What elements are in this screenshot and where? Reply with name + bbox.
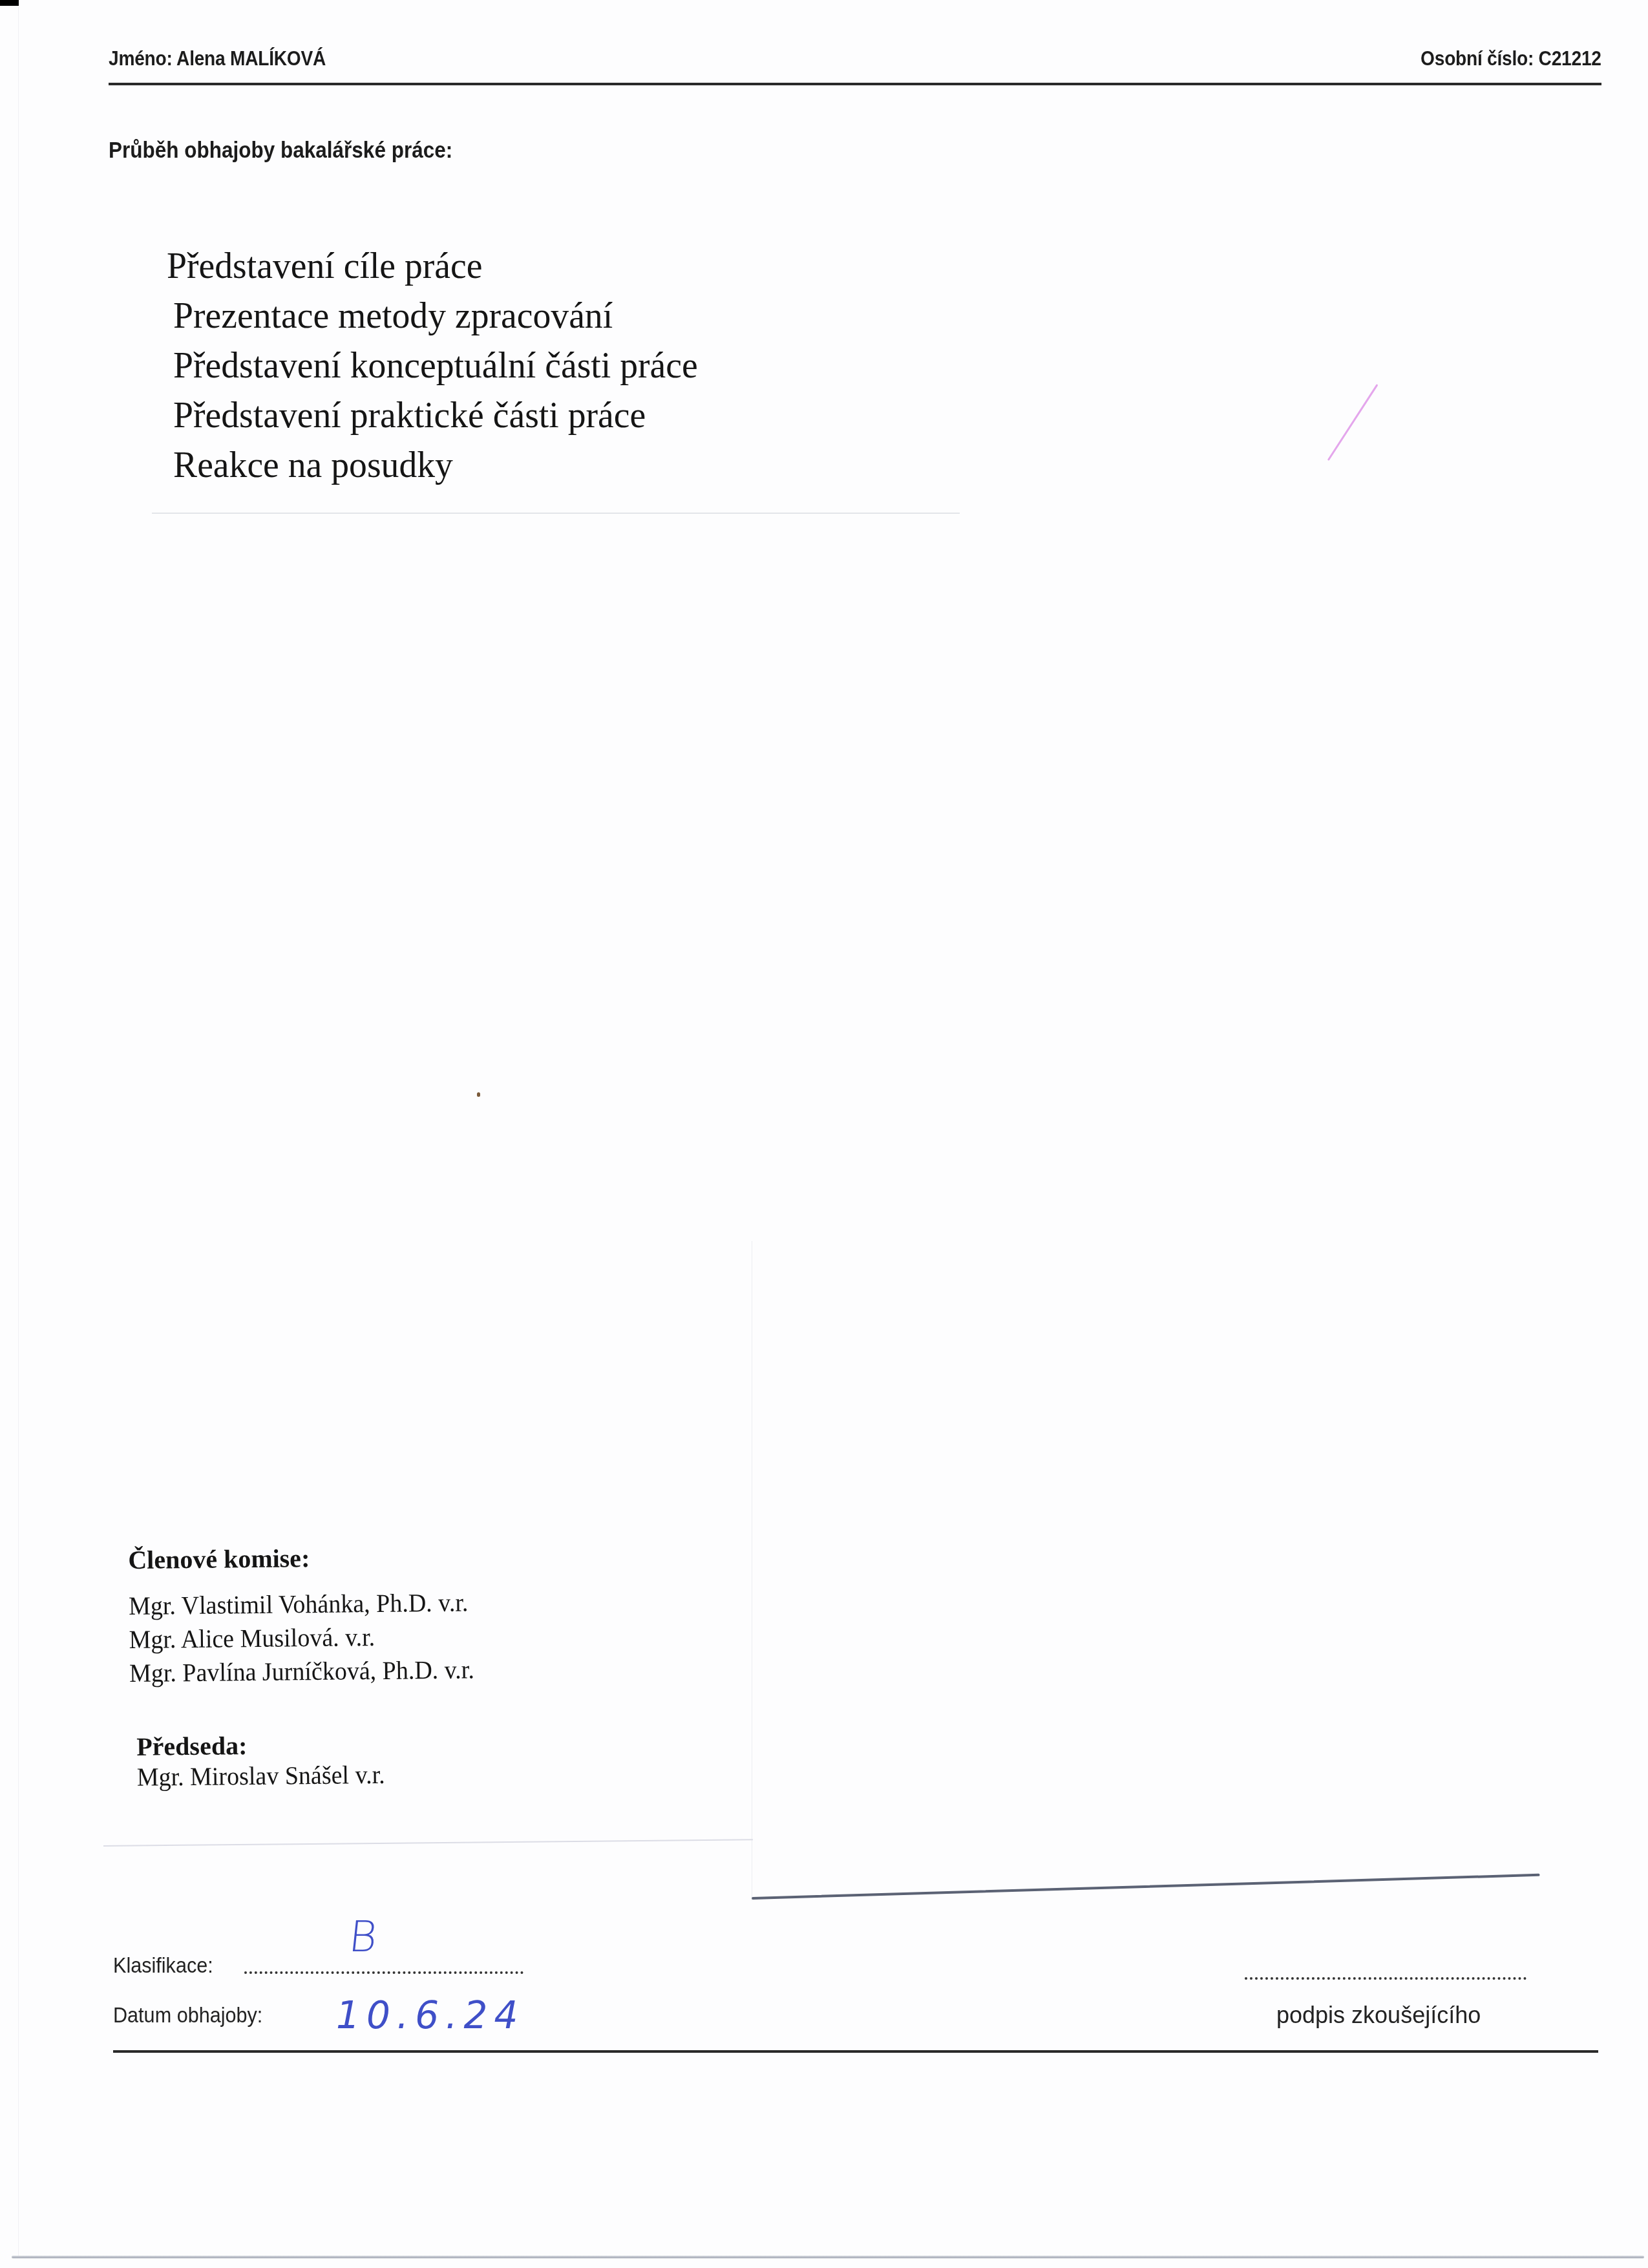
defence-section-title: Průběh obhajoby bakalářské práce: [109, 138, 452, 164]
marker-stroke [1327, 384, 1379, 461]
footer-rule [113, 2050, 1598, 2053]
defence-step: Představení praktické části práce [173, 390, 698, 440]
defence-step: Reakce na posudky [173, 440, 698, 489]
classification-field [244, 1971, 523, 1974]
committee-members-label: Členové komise: [128, 1541, 491, 1575]
pasted-slip-edge [752, 1241, 752, 1900]
signature-label: podpis zkoušejícího [1276, 2002, 1481, 2029]
pasted-slip-edge [103, 1839, 753, 1847]
date-label: Datum obhajoby: [113, 2003, 262, 2028]
header-rule [109, 83, 1601, 85]
date-value: 10.6.24 [336, 1993, 524, 2037]
student-id: Osobní číslo: C21212 [1421, 47, 1601, 70]
defence-step: Představení konceptuální části práce [173, 340, 698, 390]
dust-speck [477, 1092, 480, 1097]
classification-label: Klasifikace: [113, 1953, 213, 1978]
signature-field [1245, 1977, 1527, 1980]
pasted-slip-edge [752, 1874, 1540, 1900]
committee-member: Mgr. Pavlína Jurníčková, Ph.D. v.r. [129, 1653, 474, 1690]
student-name: Jméno: Alena MALÍKOVÁ [109, 47, 326, 70]
committee-block: Členové komise: Mgr. Vlastimil Vohánka, … [128, 1541, 494, 1793]
classification-value: B [346, 1912, 379, 1962]
pasted-slip-edge [152, 513, 960, 514]
page-edge-bottom [12, 2256, 1644, 2258]
scan-corner-mark [0, 0, 19, 6]
committee-chair: Mgr. Miroslav Snášel v.r. [137, 1758, 476, 1792]
page-edge-left [18, 6, 19, 2256]
committee-chair-label: Předseda: [136, 1728, 493, 1762]
committee-member: Mgr. Alice Musilová. v.r. [129, 1619, 474, 1657]
defence-steps-list: Představení cíle práce Prezentace metody… [167, 240, 720, 489]
committee-member: Mgr. Vlastimil Vohánka, Ph.D. v.r. [129, 1585, 474, 1623]
defence-step: Představení cíle práce [167, 240, 697, 290]
defence-step: Prezentace metody zpracování [173, 290, 698, 340]
